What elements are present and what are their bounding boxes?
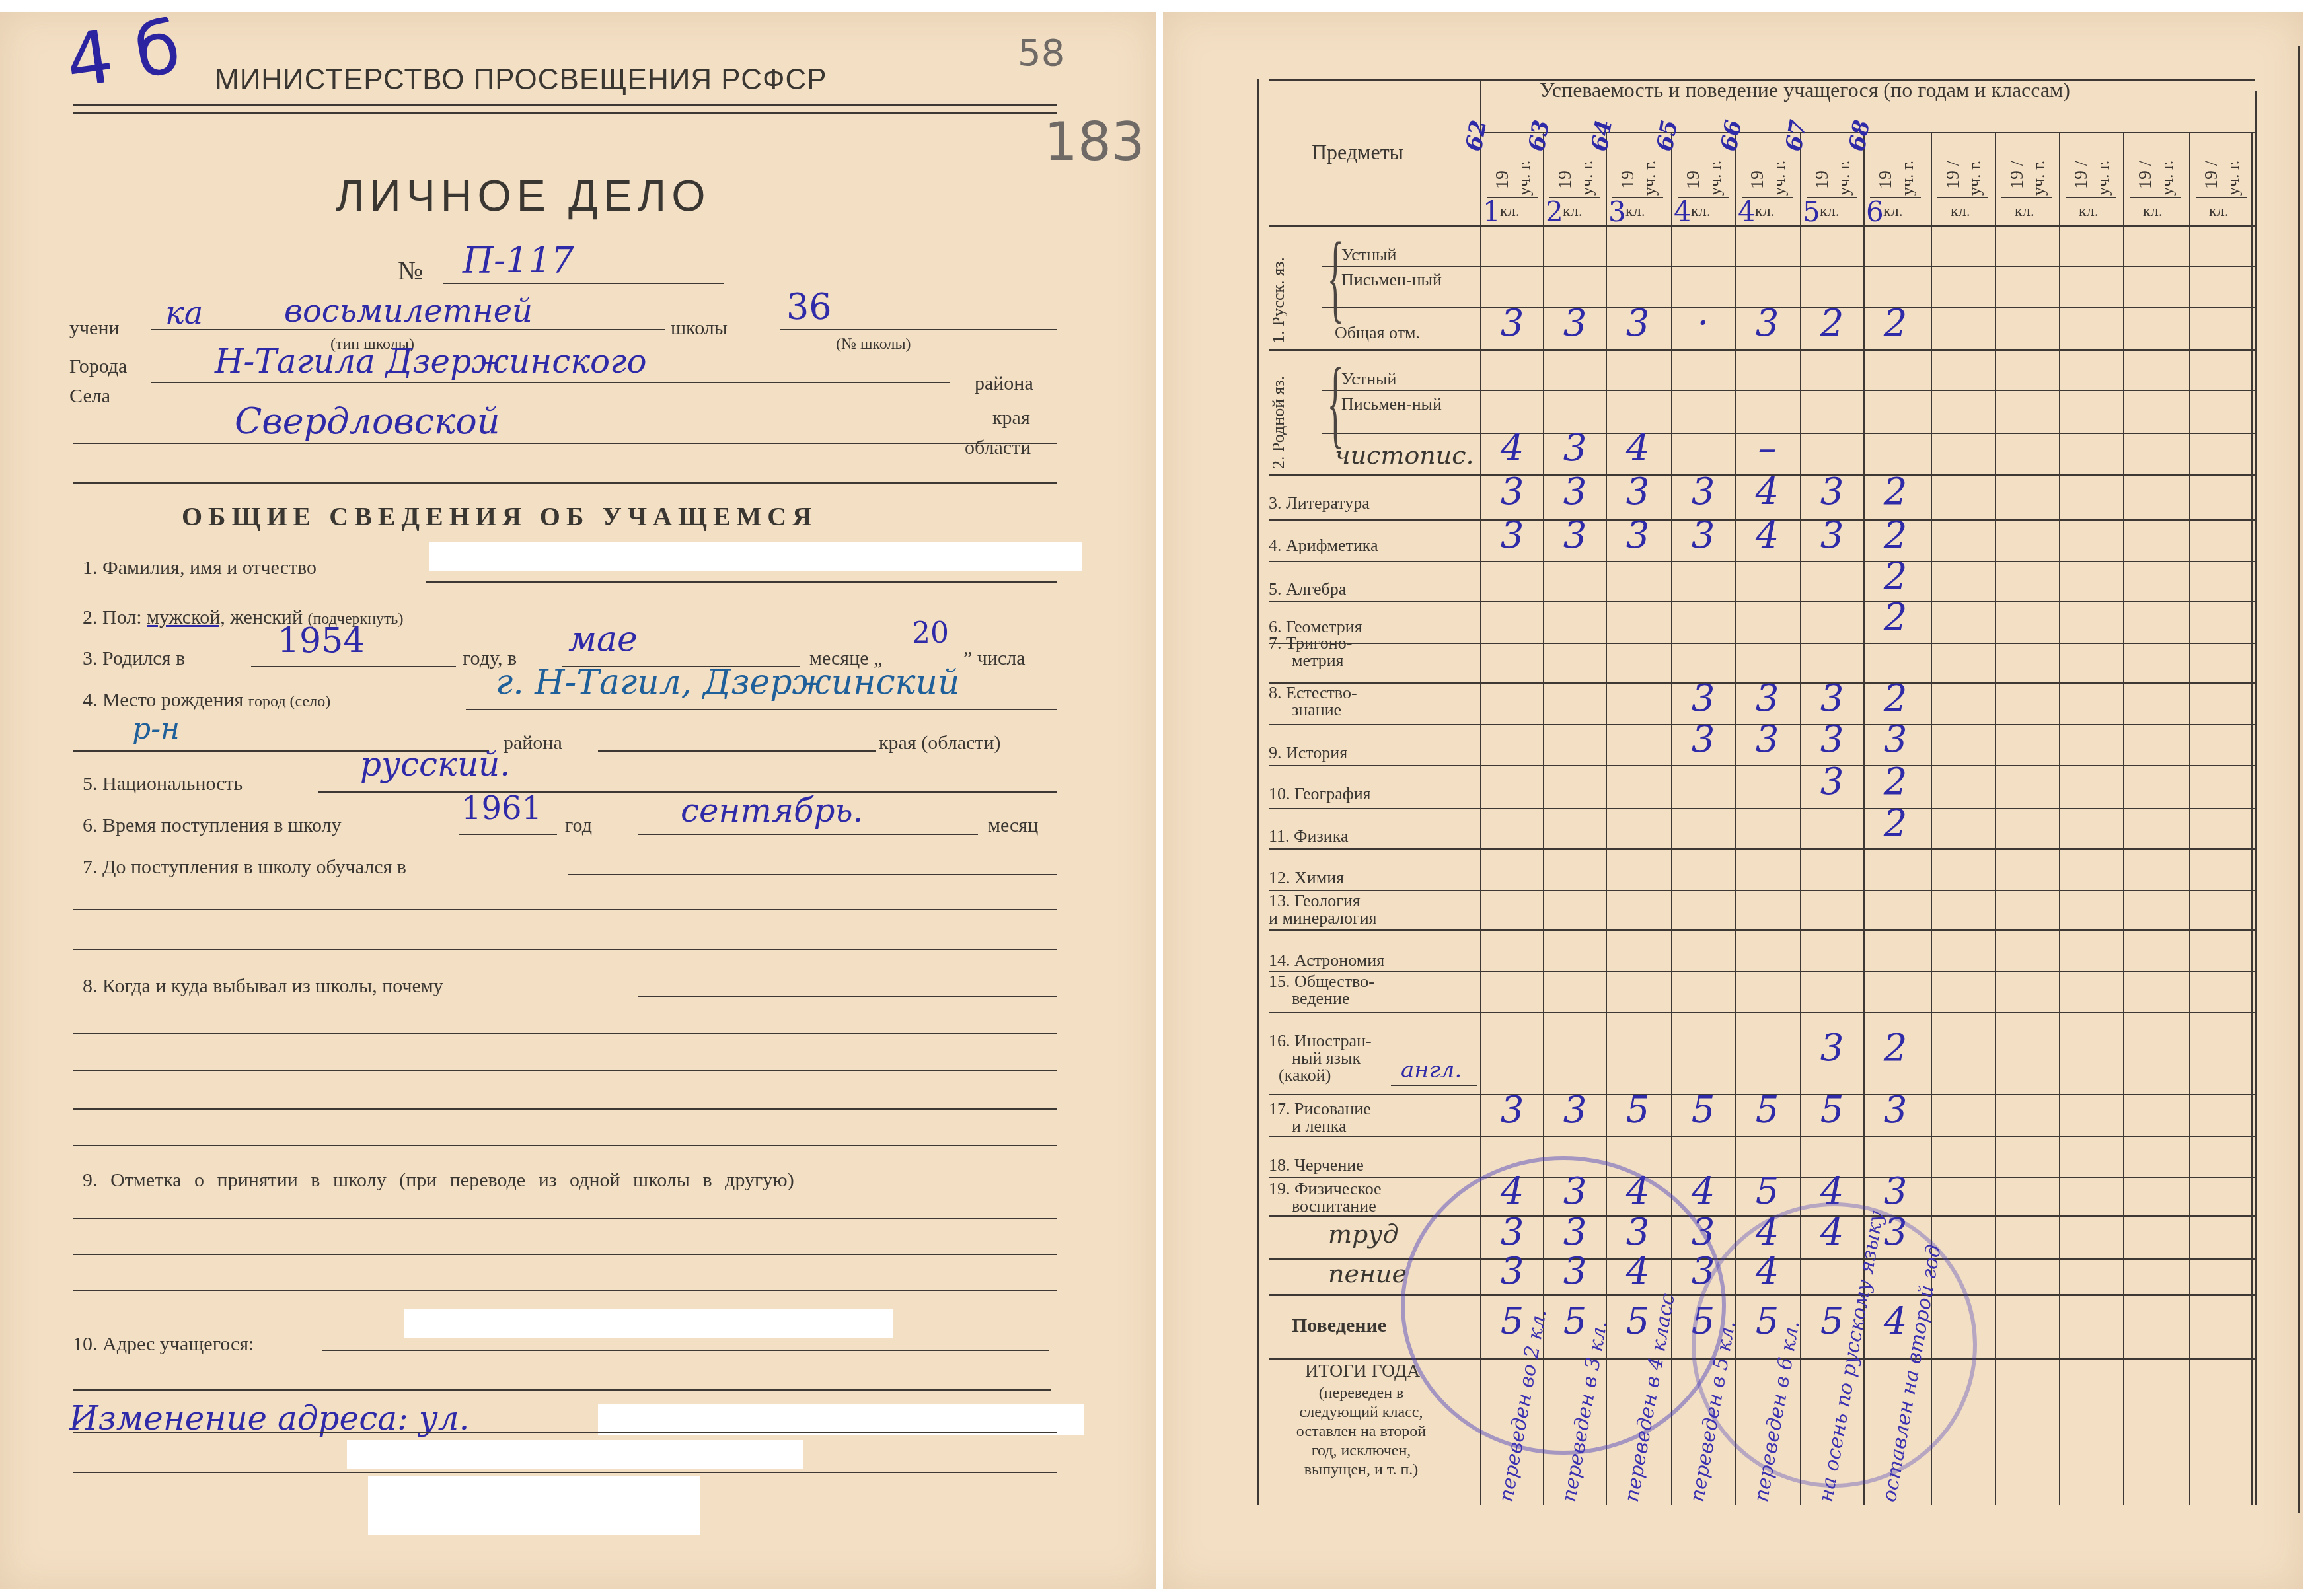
- page-title: ЛИЧНОЕ ДЕЛО: [336, 170, 710, 221]
- row-divider-9: [1269, 601, 2255, 602]
- grade-cell: 3: [1800, 718, 1864, 761]
- grade-cell: 3: [1735, 718, 1799, 761]
- russian-group-label: 1. Русск. яз.: [1269, 257, 1288, 344]
- handwritten-class: 1: [1483, 196, 1501, 228]
- field-10-label: 10. Адрес учащегося:: [73, 1333, 254, 1356]
- row-divider-10: [1269, 643, 2255, 644]
- grade-cell: 3: [1671, 718, 1735, 761]
- handwritten-year: 63: [1524, 118, 1555, 153]
- class-label: кл.: [1820, 203, 1840, 221]
- student-suffix: ка: [165, 295, 203, 332]
- field-3-year-line: [251, 666, 456, 667]
- year-underline: [1937, 197, 1988, 198]
- field-10-line-4: [73, 1472, 1057, 1473]
- column-header-11: 19 /уч. г.кл.: [2123, 139, 2187, 218]
- handwritten-class: 5: [1803, 196, 1820, 228]
- class-label: кл.: [1563, 203, 1583, 221]
- field-4-label: 4. Место рождения город (село): [83, 689, 330, 711]
- column-header-3: 19 уч. г.64кл.3: [1606, 139, 1670, 218]
- column-header-12: 19 /уч. г.кл.: [2189, 139, 2253, 218]
- field-4-krai: края (области): [879, 732, 1000, 754]
- subject-label-11: 7. Тригоно-: [1269, 634, 1352, 652]
- redacted-address-change-2: [347, 1440, 803, 1469]
- stamp-icon: [1401, 1156, 1726, 1455]
- field-8-line-3: [73, 1070, 1057, 1071]
- grade-cell: 5: [1606, 1089, 1670, 1132]
- results-title: ИТОГИ ГОДА: [1305, 1361, 1420, 1382]
- subject-label-19: 13. Геология: [1269, 892, 1361, 910]
- field-4-value: г. Н-Тагил, Дзержинский: [496, 663, 960, 702]
- class-label: кл.: [1951, 203, 1970, 221]
- grade-cell: 3: [1480, 470, 1544, 513]
- field-7-line-2: [73, 909, 1057, 910]
- year-suffix: уч. г.: [1577, 161, 1597, 196]
- column-header-9: 19 /уч. г.кл.: [1995, 139, 2059, 218]
- school-type-value: восьмилетней: [284, 293, 533, 330]
- year-label: 19 /уч. г.: [2201, 143, 2247, 202]
- subjects-header: Предметы: [1312, 140, 1403, 164]
- field-9-line-3: [73, 1290, 1057, 1291]
- subject-label-3: Общая отм.: [1335, 324, 1420, 342]
- grade-cell: ·: [1671, 302, 1735, 345]
- grade-cell: 3: [1800, 677, 1864, 720]
- handwritten-class: 4: [1674, 196, 1692, 228]
- student-label: учени: [69, 317, 120, 340]
- year-suffix: уч. г.: [1705, 161, 1725, 196]
- grade-cell: 3: [1606, 470, 1670, 513]
- grade-cell: 3: [1735, 677, 1799, 720]
- subject-label-31: воспитание: [1292, 1197, 1376, 1215]
- field-9-line-1: [73, 1218, 1057, 1219]
- field-4-value-2: р-н: [132, 712, 180, 746]
- year-suffix: уч. г.: [1770, 161, 1789, 196]
- year-prefix: 19 /: [2135, 161, 2156, 189]
- field-3-day-suffix: ” числа: [963, 647, 1026, 670]
- redacted-address-change-3: [368, 1476, 700, 1535]
- handwritten-year: 68: [1844, 118, 1876, 153]
- grade-cell: 5: [1800, 1089, 1864, 1132]
- field-6-month: сентябрь.: [681, 791, 864, 830]
- field-3-month: мае: [568, 620, 638, 659]
- year-suffix: уч. г.: [1834, 161, 1854, 196]
- city-label: Города: [69, 355, 127, 378]
- subject-label-21: 14. Астрономия: [1269, 951, 1384, 969]
- subject-label-15: 9. История: [1269, 744, 1347, 762]
- grade-cell: 3: [1606, 302, 1670, 345]
- class-label: кл.: [1883, 203, 1903, 221]
- grade-cell: 4: [1735, 514, 1799, 557]
- grade-cell: 3: [1480, 514, 1544, 557]
- year-suffix: уч. г.: [2223, 161, 2243, 196]
- grade-cell: 3: [1735, 302, 1799, 345]
- grade-cell: 4: [1480, 427, 1544, 470]
- subject-label-25: ный язык: [1292, 1049, 1361, 1067]
- year-label: 19 уч. г.: [1492, 143, 1538, 202]
- year-prefix: 19 /: [2201, 161, 2222, 189]
- pencil-mark-183: 183: [1044, 111, 1145, 172]
- column-header-7: 19 уч. г.68кл.6: [1863, 139, 1927, 218]
- field-8-line-2: [73, 1033, 1057, 1034]
- grade-cell: 5: [1735, 1089, 1799, 1132]
- redacted-address: [404, 1309, 893, 1338]
- ministry-header: МИНИСТЕРСТВО ПРОСВЕЩЕНИЯ РСФСР: [215, 63, 827, 96]
- city-line: [151, 382, 950, 383]
- field-5-value: русский.: [360, 745, 510, 783]
- grade-cell: 3: [1543, 1089, 1607, 1132]
- grade-cell: 5: [1671, 1089, 1735, 1132]
- column-divider-9: [2059, 132, 2060, 1505]
- grade-cell: 3: [1863, 1089, 1927, 1132]
- grade-cell: 3: [1606, 514, 1670, 557]
- row-divider-8: [1269, 561, 2255, 562]
- column-header-8: 19 /уч. г.кл.: [1931, 139, 1995, 218]
- grade-cell: 2: [1863, 302, 1927, 345]
- grade-cell: 5: [1735, 1170, 1799, 1213]
- year-label: 19 уч. г.: [1747, 143, 1793, 202]
- subject-label-18: 12. Химия: [1269, 869, 1344, 887]
- column-header-4: 19 уч. г.65кл.4: [1671, 139, 1735, 218]
- left-page: 4 б 58 183 МИНИСТЕРСТВО ПРОСВЕЩЕНИЯ РСФС…: [0, 12, 1156, 1589]
- subject-label-12: метрия: [1292, 651, 1344, 669]
- field-8-line-5: [73, 1145, 1057, 1146]
- grade-cell: 4: [1606, 427, 1670, 470]
- grade-cell: 2: [1863, 470, 1927, 513]
- subject-label-27: 17. Рисование: [1269, 1100, 1371, 1118]
- field-7-label: 7. До поступления в школу обучался в: [83, 856, 406, 879]
- field-6-label: 6. Время поступления в школу: [83, 815, 342, 837]
- results-hint: (переведен в следующий класс, оставлен н…: [1285, 1384, 1437, 1480]
- year-prefix: 19 /: [1943, 161, 1964, 189]
- field-6-month-suffix: месяц: [988, 815, 1038, 837]
- handwritten-class: 3: [1608, 196, 1626, 228]
- grade-cell: 2: [1863, 677, 1927, 720]
- year-prefix: 19: [1875, 170, 1896, 189]
- foreign-language-value: англ.: [1401, 1057, 1462, 1083]
- table-right-border: [2255, 91, 2257, 1505]
- krai-label: края: [992, 407, 1030, 429]
- year-suffix: уч. г.: [1898, 161, 1918, 196]
- row-divider-17: [1269, 929, 2255, 931]
- right-page: ПредметыУспеваемость и поведение учащего…: [1163, 12, 2303, 1589]
- field-7-line-1: [568, 874, 1057, 875]
- year-underline: [2196, 197, 2247, 198]
- oblast-label: области: [965, 437, 1031, 459]
- grade-cell: 2: [1863, 760, 1927, 803]
- page-edge-rule: [2298, 46, 2300, 1513]
- row-divider-18: [1269, 971, 2255, 972]
- class-label: кл.: [1500, 203, 1520, 221]
- year-prefix: 19: [1555, 170, 1576, 189]
- grade-cell: 3: [1480, 1089, 1544, 1132]
- class-label: кл.: [1755, 203, 1775, 221]
- field-2-male: мужской,: [147, 606, 225, 628]
- field-9-label: 9. Отметка о принятии в школу (при перев…: [83, 1169, 794, 1192]
- year-suffix: уч. г.: [1640, 161, 1660, 196]
- field-1-line: [426, 581, 1057, 583]
- year-prefix: 19 /: [2071, 161, 2092, 189]
- subject-label-20: и минералогия: [1269, 909, 1377, 927]
- grade-cell: 2: [1863, 555, 1927, 598]
- column-divider-12: [2251, 132, 2253, 1505]
- year-suffix: уч. г.: [2093, 161, 2113, 196]
- year-underline: [2130, 197, 2181, 198]
- row-divider-15: [1269, 848, 2255, 850]
- field-6-year-suffix: год: [565, 815, 592, 837]
- number-label: №: [398, 255, 423, 286]
- subject-label-17: 11. Физика: [1269, 827, 1348, 845]
- school-type-line: [151, 329, 665, 330]
- city-value: Н-Тагила Дзержинского: [215, 342, 647, 381]
- school-label: школы: [671, 317, 728, 340]
- grade-cell: 2: [1863, 802, 1927, 845]
- grade-cell: 3: [1543, 514, 1607, 557]
- field-5-label: 5. Национальность: [83, 773, 243, 795]
- school-number-value: 36: [786, 286, 832, 328]
- year-prefix: 19: [1683, 170, 1704, 189]
- oblast-value: Свердловской: [235, 400, 500, 442]
- column-header-5: 19 уч. г.66кл.4: [1735, 139, 1799, 218]
- class-label: кл.: [2209, 203, 2229, 221]
- subject-label-33: пение: [1328, 1265, 1407, 1283]
- year-suffix: уч. г.: [2029, 161, 2049, 196]
- grade-cell: 3: [1863, 1170, 1927, 1213]
- year-underline: [2066, 197, 2116, 198]
- year-label: 19 /уч. г.: [2135, 143, 2181, 202]
- performance-header: Успеваемость и поведение учащегося (по г…: [1540, 78, 2070, 102]
- grade-cell: 3: [1800, 514, 1864, 557]
- column-divider-8: [1995, 132, 1996, 1505]
- handwritten-year: 66: [1716, 118, 1748, 153]
- grade-cell: 2: [1800, 302, 1864, 345]
- class-label: кл.: [2015, 203, 2034, 221]
- oblast-line: [73, 443, 1057, 444]
- subject-label-30: 19. Физическое: [1269, 1180, 1382, 1198]
- grade-cell: 2: [1863, 514, 1927, 557]
- subject-label-24: 16. Иностран-: [1269, 1032, 1372, 1050]
- class-label: кл.: [1625, 203, 1645, 221]
- grade-cell: 3: [1800, 470, 1864, 513]
- subject-label-26: (какой): [1279, 1066, 1331, 1084]
- subject-label-16: 10. География: [1269, 785, 1371, 803]
- year-label: 19 уч. г.: [1875, 143, 1922, 202]
- redacted-name: [429, 542, 1082, 571]
- handwritten-class: 4: [1738, 196, 1756, 228]
- year-prefix: 19: [1747, 170, 1768, 189]
- handwritten-year: 64: [1586, 118, 1618, 153]
- grade-cell: 3: [1543, 427, 1607, 470]
- subject-label-1: Устный: [1341, 246, 1396, 264]
- school-number-caption: (№ школы): [836, 336, 911, 353]
- row-divider-19: [1269, 1012, 2255, 1013]
- year-label: 19 уч. г.: [1618, 143, 1664, 202]
- year-label: 19 /уч. г.: [2071, 143, 2117, 202]
- behavior-label: Поведение: [1292, 1315, 1386, 1337]
- rayon-label: района: [975, 373, 1033, 395]
- village-label: Села: [69, 385, 110, 408]
- row-divider-21: [1269, 1136, 2255, 1137]
- margin-mark-top-left: 4 б: [61, 5, 186, 104]
- row-divider-16: [1269, 890, 2255, 891]
- subject-label-5: Письмен-ный: [1341, 395, 1442, 413]
- number-line: [443, 283, 724, 284]
- field-4-krai-line: [598, 750, 876, 752]
- handwritten-year: 65: [1652, 118, 1684, 153]
- native-group-label: 2. Родной яз.: [1269, 376, 1288, 469]
- field-10-line-3: [73, 1432, 1057, 1433]
- field-3-year: 1954: [278, 621, 365, 661]
- field-1-label: 1. Фамилия, имя и отчество: [83, 557, 317, 579]
- stamp-icon: [1692, 1202, 1977, 1488]
- subject-label-14: знание: [1292, 701, 1341, 719]
- field-4-hint: город (село): [248, 693, 330, 710]
- class-label: кл.: [2079, 203, 2099, 221]
- grade-cell: 3: [1480, 302, 1544, 345]
- grade-cell: 2: [1863, 1027, 1927, 1070]
- case-number: П-117: [463, 240, 574, 281]
- year-prefix: 19: [1492, 170, 1513, 189]
- subject-label-4: Устный: [1341, 370, 1396, 388]
- subject-label-2: Письмен-ный: [1341, 271, 1442, 289]
- subject-label-7: 3. Литература: [1269, 494, 1370, 512]
- subject-label-8: 4. Арифметика: [1269, 536, 1378, 554]
- subject-label-10: 6. Геометрия: [1269, 618, 1362, 635]
- year-suffix: уч. г.: [1965, 161, 1985, 196]
- year-label: 19 уч. г.: [1683, 143, 1729, 202]
- field-2-label-text: 2. Пол:: [83, 606, 142, 628]
- grade-cell: 3: [1543, 302, 1607, 345]
- field-6-year-line: [459, 834, 557, 835]
- pencil-mark-58: 58: [1018, 32, 1064, 75]
- grade-cell: 3: [1863, 718, 1927, 761]
- year-prefix: 19: [1618, 170, 1639, 189]
- year-suffix: уч. г.: [1514, 161, 1534, 196]
- grade-cell: 3: [1800, 760, 1864, 803]
- subject-label-28: и лепка: [1292, 1117, 1347, 1135]
- year-label: 19 уч. г.: [1555, 143, 1601, 202]
- subject-label-23: ведение: [1292, 990, 1349, 1007]
- year-label: 19 /уч. г.: [1943, 143, 1989, 202]
- column-divider-10: [2123, 132, 2124, 1505]
- year-underline: [2001, 197, 2052, 198]
- class-label: кл.: [2143, 203, 2163, 221]
- subject-label-9: 5. Алгебра: [1269, 580, 1346, 598]
- field-3-day: 20: [912, 616, 949, 650]
- column-header-10: 19 /уч. г.кл.: [2059, 139, 2123, 218]
- subject-label-32: труд: [1328, 1225, 1399, 1243]
- field-8-label: 8. Когда и куда выбывал из школы, почему: [83, 975, 443, 997]
- grade-cell: 3: [1671, 470, 1735, 513]
- subject-label-22: 15. Общество-: [1269, 972, 1374, 990]
- row-divider-4: [1322, 390, 2255, 391]
- field-10-line-1: [322, 1350, 1049, 1351]
- grade-cell: –: [1735, 427, 1799, 470]
- field-4-rayon: района: [504, 732, 562, 754]
- foreign-language-line: [1391, 1085, 1477, 1086]
- grade-cell: 3: [1543, 470, 1607, 513]
- row-divider-13: [1269, 765, 2255, 766]
- subject-label-29: 18. Черчение: [1269, 1156, 1364, 1174]
- grades-table: ПредметыУспеваемость и поведение учащего…: [1163, 12, 2303, 1589]
- subject-label-6: чистопис.: [1335, 447, 1474, 464]
- section-divider: [73, 482, 1057, 484]
- redacted-address-change-1: [598, 1404, 1084, 1435]
- school-number-line: [780, 329, 1057, 330]
- year-label: 19 уч. г.: [1812, 143, 1858, 202]
- section-title: ОБЩИЕ СВЕДЕНИЯ ОБ УЧАЩЕМСЯ: [182, 501, 817, 532]
- grade-cell: 3: [1800, 1027, 1864, 1070]
- year-suffix: уч. г.: [2157, 161, 2177, 196]
- header-bottom-rule: [1269, 225, 2255, 227]
- field-4-line: [466, 709, 1057, 710]
- row-divider-14: [1269, 808, 2255, 809]
- header-rule-2: [73, 112, 1057, 114]
- grade-cell: 4: [1735, 470, 1799, 513]
- handwritten-class: 2: [1546, 196, 1563, 228]
- row-divider-1: [1322, 266, 2255, 267]
- year-prefix: 19: [1812, 170, 1833, 189]
- handwritten-class: 6: [1866, 196, 1884, 228]
- handwritten-year: 67: [1781, 118, 1812, 153]
- field-6-year: 1961: [461, 790, 542, 827]
- year-label: 19 /уч. г.: [2007, 143, 2053, 202]
- header-rule-1: [73, 104, 1057, 106]
- field-3-label: 3. Родился в: [83, 647, 185, 670]
- field-4-label-text: 4. Место рождения: [83, 689, 243, 711]
- field-9-line-2: [73, 1254, 1057, 1255]
- grade-cell: 3: [1671, 677, 1735, 720]
- grade-cell: 2: [1863, 596, 1927, 639]
- field-8-line-1: [638, 996, 1057, 997]
- row-divider-3: [1269, 349, 2255, 351]
- grade-cell: 3: [1671, 514, 1735, 557]
- field-7-line-3: [73, 949, 1057, 950]
- column-divider-11: [2189, 132, 2190, 1505]
- year-prefix: 19 /: [2007, 161, 2028, 189]
- table-left-border: [1257, 79, 1259, 1505]
- field-10-line-2: [73, 1389, 1051, 1391]
- field-8-line-4: [73, 1108, 1057, 1110]
- subject-label-13: 8. Естество-: [1269, 684, 1357, 702]
- class-label: кл.: [1691, 203, 1711, 221]
- handwritten-year: 62: [1461, 118, 1493, 153]
- field-6-month-line: [638, 834, 978, 835]
